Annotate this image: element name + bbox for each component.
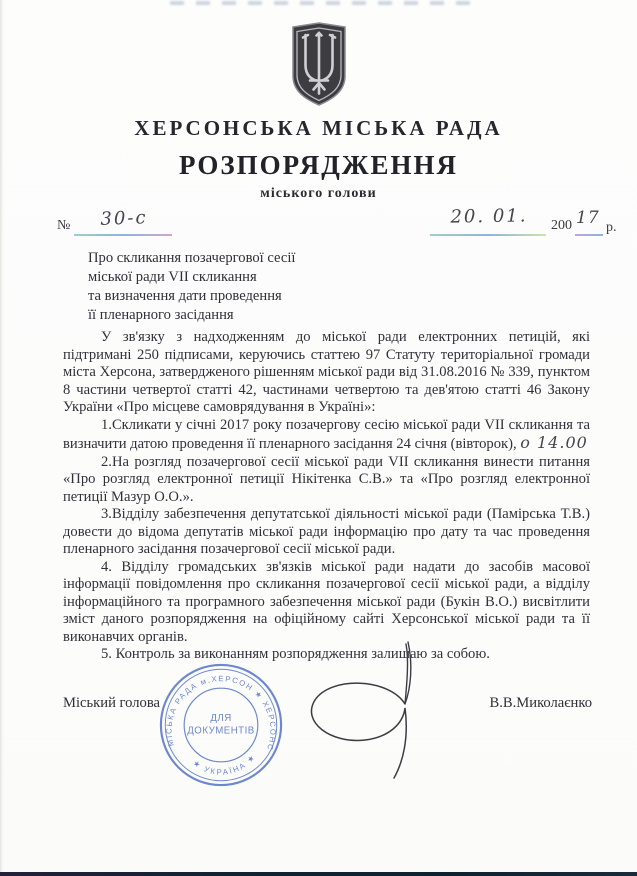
paragraph-item-1-text: 1.Скликати у січні 2017 року позачергову… xyxy=(63,417,590,453)
printed-year-prefix: 200 xyxy=(551,218,572,234)
scan-ghost-artifact xyxy=(170,1,470,5)
date-underline xyxy=(430,234,546,236)
document-body: У зв'язку з надходженням до міської ради… xyxy=(63,329,590,664)
document-type-title: РОЗПОРЯДЖЕННЯ xyxy=(0,150,637,181)
document-subtitle: міського голови xyxy=(0,186,637,202)
organization-name: ХЕРСОНСЬКА МІСЬКА РАДА xyxy=(0,116,637,141)
handwritten-document-number: 30-с xyxy=(84,207,165,231)
handwritten-time: о 14.00 xyxy=(520,433,588,452)
signer-name: В.В.Миколаєнко xyxy=(490,695,592,712)
paragraph-item-1: 1.Скликати у січні 2017 року позачергову… xyxy=(63,417,590,454)
scanned-document-page: ХЕРСОНСЬКА МІСЬКА РАДА РОЗПОРЯДЖЕННЯ міс… xyxy=(0,0,637,876)
pen-signature xyxy=(293,630,443,790)
paragraph-item-2: 2.На розгляд позачергової сесії міської … xyxy=(63,454,590,507)
stamp-center-line1: ДЛЯ xyxy=(210,713,231,724)
subject-line: Про скликання позачергової сесії xyxy=(88,249,368,268)
subject-block: Про скликання позачергової сесії міської… xyxy=(88,249,368,325)
stamp-ring-text: МІСЬКА РАДА м.ХЕРСОН ★ ХЕРСОНСЬКА ОБЛАСТ… xyxy=(158,662,278,752)
subject-line: міської ради VII скликання xyxy=(88,268,368,287)
round-stamp: МІСЬКА РАДА м.ХЕРСОН ★ ХЕРСОНСЬКА ОБЛАСТ… xyxy=(158,662,284,788)
subject-line: її пленарного засідання xyxy=(88,306,368,325)
coat-of-arms xyxy=(0,22,637,111)
year-suffix: р. xyxy=(606,220,617,236)
year-underline xyxy=(575,234,603,236)
handwritten-year: 17 xyxy=(576,208,600,228)
paragraph-item-3: 3.Відділу забезпечення депутатської діял… xyxy=(63,506,590,559)
number-label: № xyxy=(57,218,70,234)
signer-title: Міський голова xyxy=(63,695,160,712)
subject-line: та визначення дати проведення xyxy=(88,287,368,306)
ukraine-trident-icon xyxy=(290,22,348,106)
scan-bottom-edge xyxy=(0,872,637,876)
handwritten-date: 20. 01. xyxy=(436,205,542,228)
number-underline xyxy=(74,234,172,236)
paragraph-intro: У зв'язку з надходженням до міської ради… xyxy=(63,329,590,417)
number-date-row: № 30-с 20. 01. 200 17 р. xyxy=(0,206,637,242)
stamp-center-line2: ДОКУМЕНТІВ xyxy=(187,726,254,737)
